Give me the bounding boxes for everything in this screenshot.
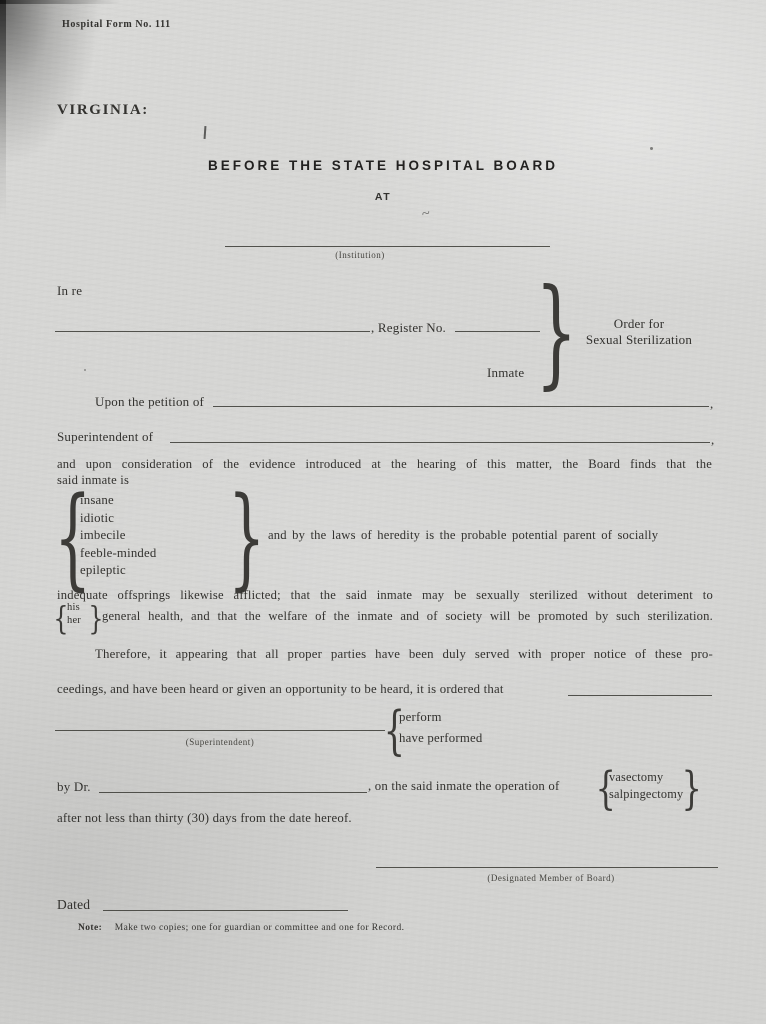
condition-item: feeble-minded: [80, 545, 157, 563]
scan-top-edge: [0, 0, 120, 4]
petitioner-field-line[interactable]: [213, 393, 709, 407]
designated-member-caption: (Designated Member of Board): [420, 873, 682, 883]
petition-comma: ,: [710, 396, 713, 412]
dated-label: Dated: [57, 897, 90, 913]
superintendent-of-label: Superintendent of: [57, 429, 153, 445]
form-number-label: Hospital Form No. 111: [62, 19, 171, 30]
inmate-name-line[interactable]: [55, 318, 370, 332]
superintendent-field-line[interactable]: [170, 429, 710, 443]
perform-option: perform: [399, 710, 442, 725]
pronoun-her: her: [67, 615, 81, 626]
note-label: Note:: [78, 923, 102, 933]
operation-text: , on the said inmate the operation of: [368, 779, 559, 794]
petition-label: Upon the petition of: [95, 394, 204, 410]
pronoun-his: his: [67, 602, 80, 613]
form-title: BEFORE THE STATE HOSPITAL BOARD: [33, 158, 733, 173]
condition-item: imbecile: [80, 527, 157, 545]
have-performed-option: have performed: [399, 731, 482, 746]
welfare-text: general health, and that the welfare of …: [102, 609, 713, 624]
institution-field-line[interactable]: [225, 233, 550, 247]
state-heading: VIRGINIA:: [57, 102, 149, 119]
conditions-list: insane idiotic imbecile feeble-minded ep…: [80, 492, 157, 580]
therefore-text-line1: Therefore, it appearing that all proper …: [95, 647, 713, 662]
finding-text-line1: and upon consideration of the evidence i…: [57, 457, 712, 472]
register-no-line[interactable]: [455, 318, 540, 332]
institution-caption: (Institution): [285, 250, 435, 260]
note-text: Make two copies; one for guardian or com…: [115, 923, 405, 933]
scan-left-edge: [0, 0, 6, 220]
at-label: AT: [33, 191, 733, 203]
dated-field-line[interactable]: [103, 897, 348, 911]
order-for-line1: Order for: [565, 316, 713, 332]
note-line: Note: Make two copies; one for guardian …: [78, 923, 404, 933]
operation-close-brace-icon: }: [682, 767, 702, 812]
salpingectomy-option: salpingectomy: [609, 787, 683, 802]
ordered-that-field-line[interactable]: [568, 682, 712, 696]
in-re-label: In re: [57, 283, 82, 299]
afflicted-text: indequate offsprings likewise afflicted;…: [57, 588, 713, 603]
superintendent-signature-line[interactable]: [55, 717, 385, 731]
order-for-line2: Sexual Sterilization: [565, 332, 713, 348]
condition-item: idiotic: [80, 510, 157, 528]
scan-artifact-speck: [84, 369, 86, 371]
document-page: ~ Hospital Form No. 111 VIRGINIA: BEFORE…: [0, 0, 766, 1024]
superintendent-caption: (Superintendent): [120, 737, 320, 747]
scan-artifact-speck: [650, 147, 653, 150]
after-days-text: after not less than thirty (30) days fro…: [57, 811, 352, 826]
scan-artifact-squiggle: ~: [420, 205, 432, 223]
scan-artifact-tick: [204, 126, 207, 139]
condition-item: insane: [80, 492, 157, 510]
superintendent-comma: ,: [711, 432, 714, 448]
condition-item: epileptic: [80, 562, 157, 580]
by-dr-label: by Dr.: [57, 779, 91, 795]
therefore-text-line2: ceedings, and have been heard or given a…: [57, 682, 504, 697]
doctor-name-line[interactable]: [99, 779, 367, 793]
conditions-close-brace-icon: }: [228, 482, 265, 593]
inmate-label: Inmate: [487, 365, 524, 381]
register-no-label: , Register No.: [371, 320, 446, 336]
heredity-text: and by the laws of heredity is the proba…: [268, 528, 658, 543]
vasectomy-option: vasectomy: [609, 770, 663, 785]
designated-member-line[interactable]: [376, 854, 718, 868]
